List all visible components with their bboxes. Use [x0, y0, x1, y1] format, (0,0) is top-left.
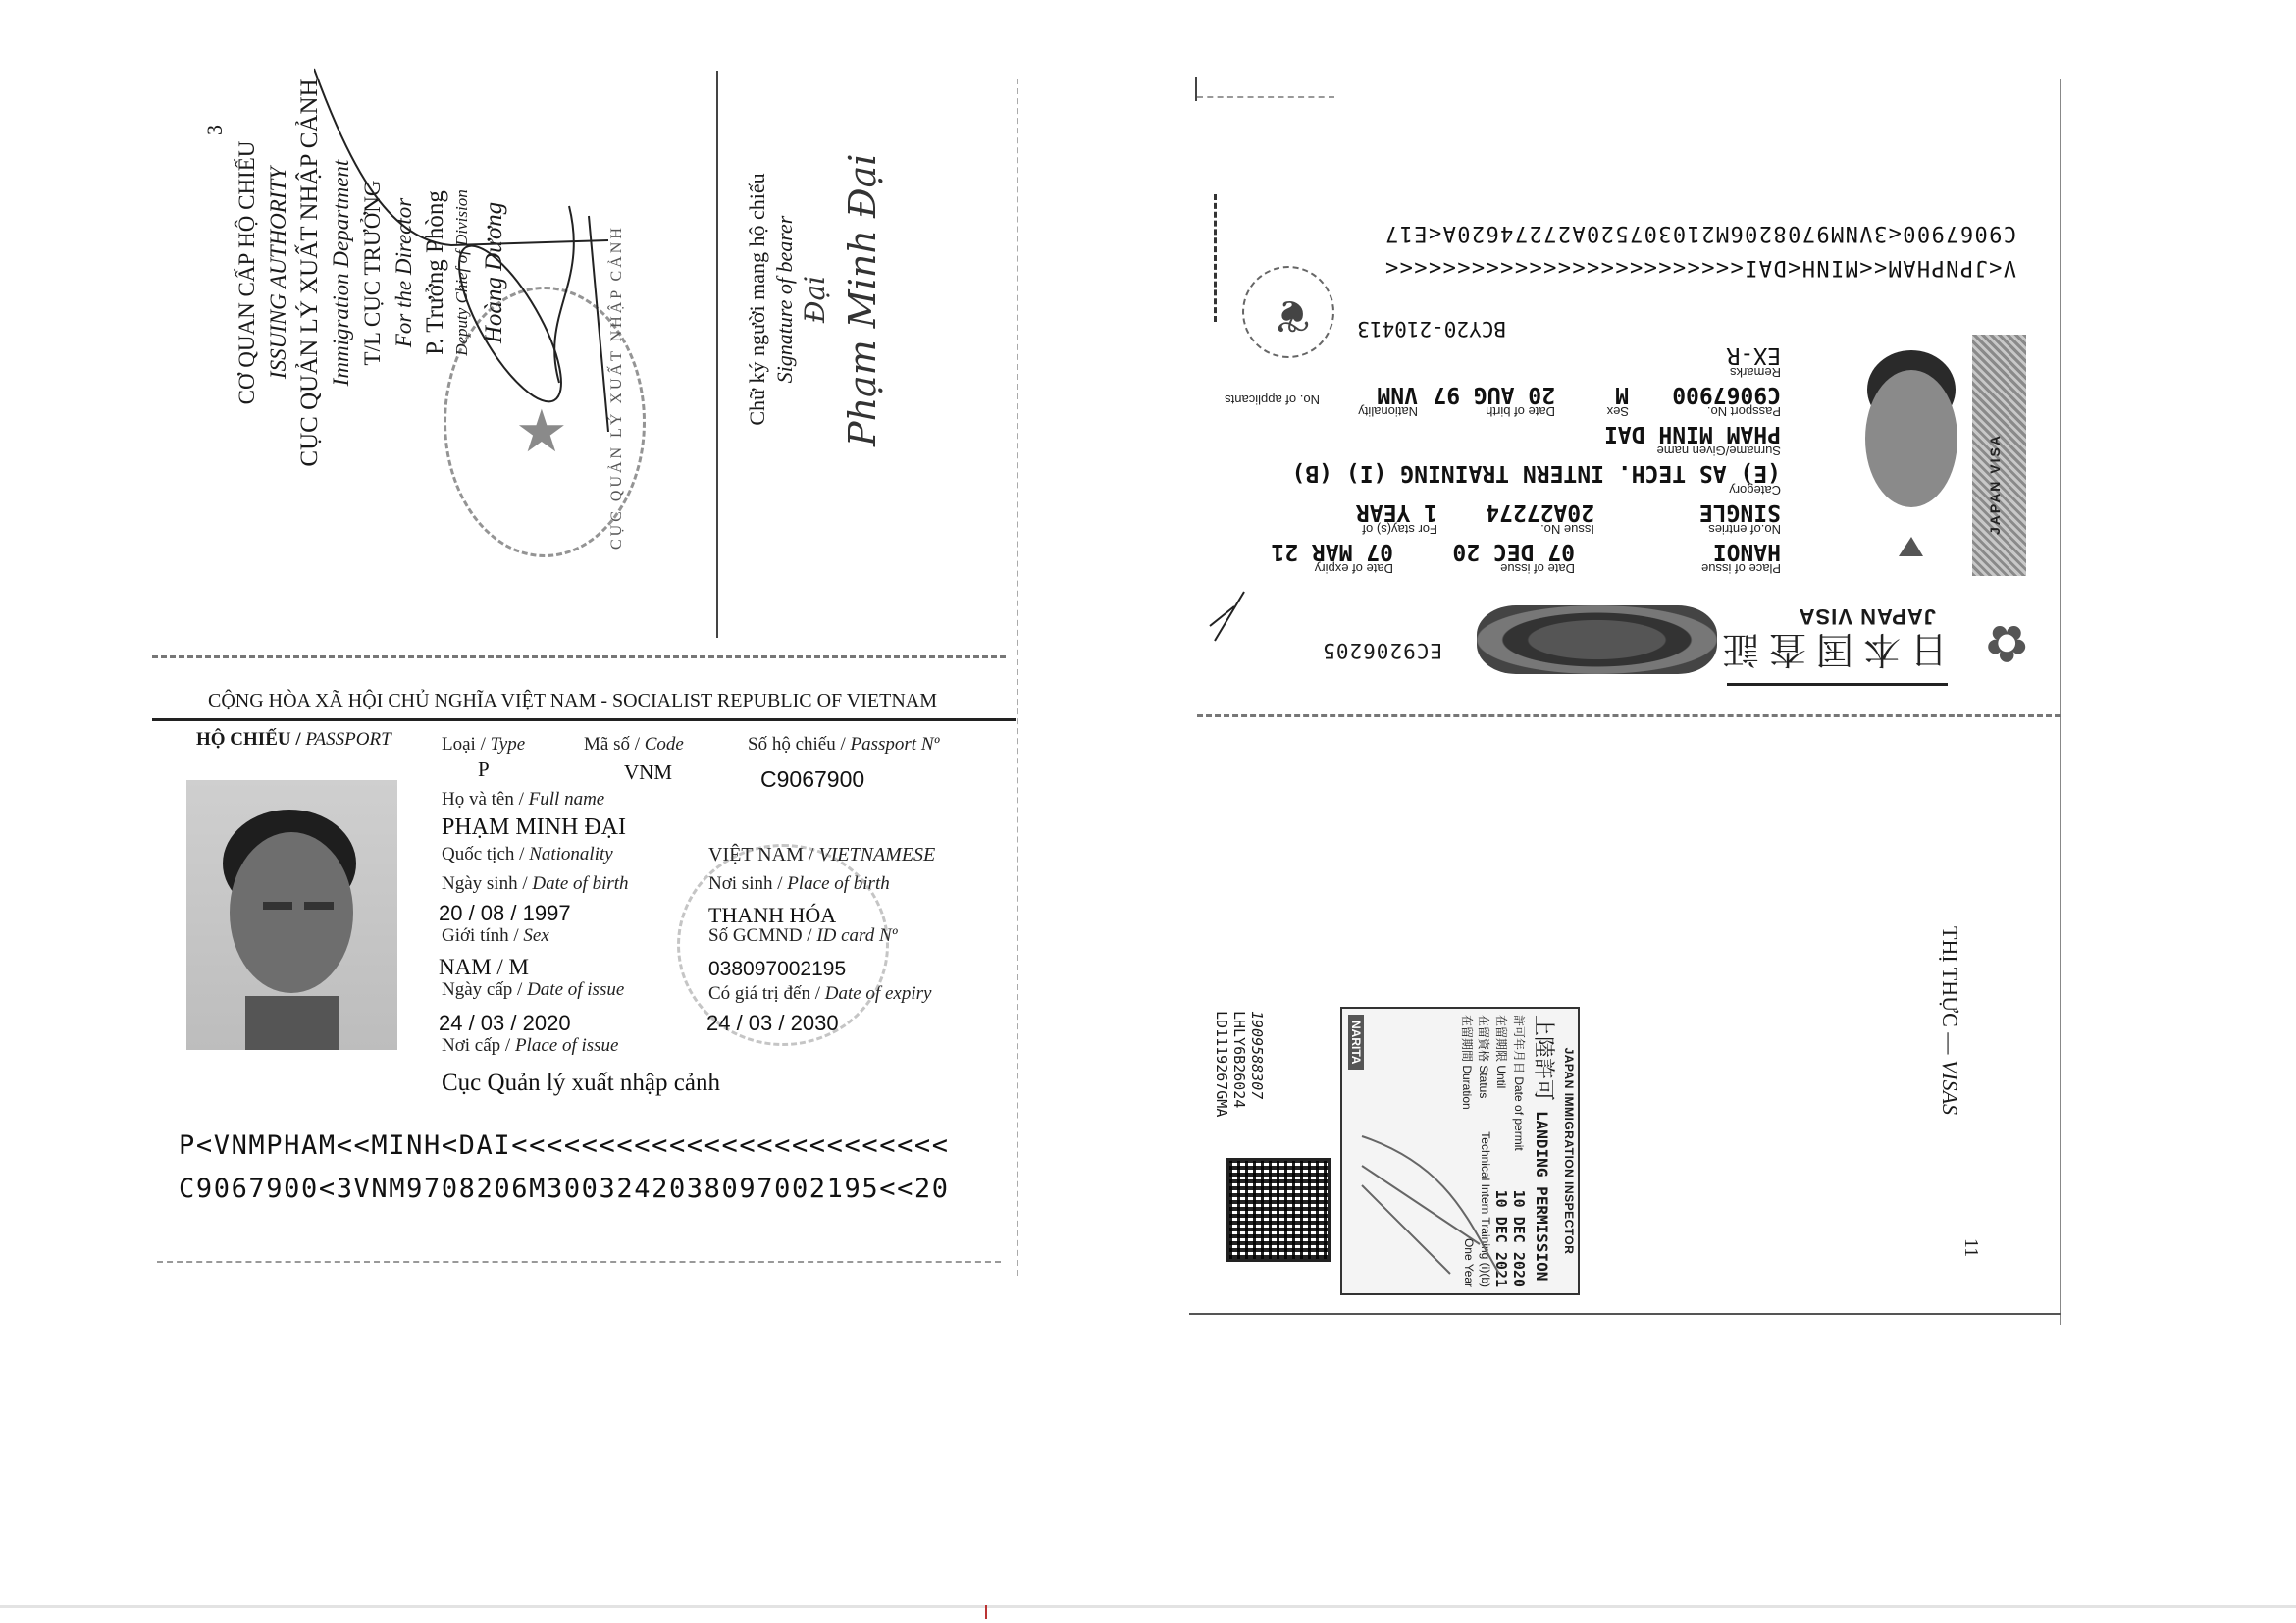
data-page-stamp — [677, 844, 889, 1046]
bearer-signature-full: Phạm Minh Đại — [841, 152, 884, 446]
right-page-bottom-edge — [1189, 1313, 2061, 1315]
visa-issue-no: 20A27274 — [1486, 499, 1594, 525]
visa-hologram-seal — [1477, 605, 1717, 674]
left-page-edge — [1017, 79, 1018, 1276]
place-of-issue-label: Nơi cấp / Place of issue — [442, 1035, 618, 1057]
landing-seal-number: 1909588307 — [1248, 1011, 1266, 1099]
landing-status-label: 在留資格 Status — [1476, 1015, 1492, 1098]
handwritten-tick — [1205, 587, 1264, 646]
visa-title-en: JAPAN VISA — [1799, 603, 1936, 629]
nationality-label: Quốc tịch / Nationality — [442, 844, 613, 865]
visa-portrait-icon — [1825, 335, 1972, 576]
portrait-icon — [186, 780, 397, 1050]
landing-duration-label: 在留期間 Duration — [1459, 1015, 1476, 1110]
bearer-signature-short: Đại — [799, 152, 831, 446]
date-of-birth-value: 20 / 08 / 1997 — [439, 901, 571, 926]
landing-title-en: LANDING PERMISSION — [1533, 1111, 1551, 1281]
visa-place-of-issue: HANOI — [1713, 539, 1781, 564]
visa-remarks: EX-R — [1727, 342, 1781, 368]
sex-value: NAM / M — [439, 955, 529, 980]
date-of-issue-value: 24 / 03 / 2020 — [439, 1011, 571, 1036]
scan-mark — [985, 1605, 987, 1619]
page-number-left: 3 — [202, 125, 228, 135]
paulownia-crest-icon: ❦ — [1273, 289, 1311, 342]
right-page-top-edge — [1197, 96, 1334, 98]
landing-code-1: LHLY6B26024 — [1230, 1011, 1248, 1108]
header-rule — [152, 718, 1016, 721]
bearer-signature-block: Chữ ký người mang hộ chiếu Signature of … — [744, 152, 884, 446]
code-value: VNM — [624, 760, 672, 785]
left-page-bottom-edge — [157, 1261, 1001, 1263]
landing-header: JAPAN IMMIGRATION INSPECTOR — [1562, 1009, 1576, 1293]
document-title-vi: HỘ CHIẾU / — [196, 729, 305, 750]
visa-date-of-issue: 07 DEC 20 — [1452, 539, 1575, 564]
document-title: HỘ CHIẾU / PASSPORT — [196, 729, 391, 751]
japan-visa-sticker: ✿ 日本国査証 JAPAN VISA EC9206205 JAPAN VISA … — [1212, 201, 2056, 692]
visa-category: (E) AS TECH. INTERN TRAINING (I) (B) — [1292, 460, 1782, 486]
landing-qr-code — [1226, 1158, 1331, 1262]
visa-photo-frame — [1825, 335, 1972, 576]
passport-no-label: Số hộ chiếu / Passport Nº — [748, 734, 939, 756]
code-label: Mã số / Code — [584, 734, 684, 756]
visa-mrz-line-1: V<JPNPHAM<<MINH<DAI<<<<<<<<<<<<<<<<<<<<<… — [1384, 255, 2016, 280]
visa-serial: EC9206205 — [1322, 639, 1442, 662]
sex-label: Giới tính / Sex — [442, 925, 549, 947]
landing-until-label: 在留期限 Until — [1492, 1015, 1510, 1088]
visa-page-fold-line — [1197, 714, 2061, 717]
visas-page-title: THỊ THỰC — VISAS — [1937, 926, 1962, 1115]
visa-nationality: VNM — [1377, 382, 1418, 407]
landing-port: NARITA — [1348, 1015, 1364, 1070]
cherry-blossom-icon: ✿ — [1985, 613, 2028, 672]
visa-passport-no: C9067900 — [1672, 382, 1781, 407]
bearer-signature-label-vi: Chữ ký người mang hộ chiếu — [744, 152, 771, 446]
type-value: P — [478, 758, 490, 782]
visa-reference: BCY20-210413 — [1357, 317, 1506, 340]
visa-title-rule — [1727, 683, 1948, 686]
page-number-right: 11 — [1959, 1238, 1982, 1257]
page-fold-line — [152, 655, 1006, 658]
full-name-value: PHẠM MINH ĐẠI — [442, 814, 626, 841]
document-title-en: PASSPORT — [305, 729, 391, 750]
scan-bottom-edge — [0, 1605, 2296, 1608]
landing-permission-sticker: JAPAN IMMIGRATION INSPECTOR 上陸許可 LANDING… — [1340, 1007, 1580, 1295]
date-of-birth-label: Ngày sinh / Date of birth — [442, 873, 629, 895]
bearer-photo — [186, 780, 397, 1050]
right-page-edge — [2060, 79, 2061, 1325]
visa-title-jp: 日本国査証 — [1712, 626, 1948, 680]
landing-stamp-swirl — [1352, 1126, 1509, 1283]
official-signature — [314, 59, 638, 432]
type-label: Loại / Type — [442, 734, 525, 756]
visa-date-of-birth: 20 AUG 97 — [1433, 382, 1555, 407]
visa-entries: SINGLE — [1699, 499, 1781, 525]
authority-heading-vi: CƠ QUAN CẤP HỘ CHIẾU — [232, 67, 263, 479]
full-name-label: Họ và tên / Full name — [442, 789, 604, 811]
place-of-issue-value: Cục Quản lý xuất nhập cảnh — [442, 1070, 720, 1097]
landing-permit-date: 10 DEC 2020 — [1510, 1190, 1528, 1287]
landing-permit-date-label: 許可年月日 Date of permit — [1510, 1015, 1528, 1151]
visa-date-of-expiry: 07 MAR 21 — [1271, 539, 1393, 564]
visa-stay-duration: 1 YEAR — [1356, 499, 1437, 525]
landing-title-jp: 上陸許可 — [1530, 1015, 1560, 1101]
signature-divider — [716, 71, 718, 638]
visa-name: PHAM MINH DAI — [1604, 421, 1781, 446]
bearer-signature-label-en: Signature of bearer — [771, 152, 799, 446]
passport-no-value: C9067900 — [760, 766, 864, 793]
passport-mrz-line-2: C9067900<3VNM9708206M3003242038097002195… — [179, 1174, 950, 1204]
visa-mrz-line-2: C9067900<3VNM9708206M210307520A27274620A… — [1384, 221, 2016, 245]
country-header: CỘNG HÒA XÃ HỘI CHỦ NGHĨA VIỆT NAM - SOC… — [208, 690, 937, 712]
visa-photo-band-text: JAPAN VISA — [1987, 434, 2003, 535]
landing-code-2: LD1119267GMA — [1213, 1011, 1230, 1117]
authority-heading-en: ISSUING AUTHORITY — [263, 67, 294, 479]
visa-sex: M — [1615, 382, 1629, 407]
passport-mrz-line-1: P<VNMPHAM<<MINH<DAI<<<<<<<<<<<<<<<<<<<<<… — [179, 1130, 950, 1161]
embassy-seal: ❦ — [1242, 266, 1334, 358]
date-of-issue-label: Ngày cấp / Date of issue — [442, 979, 624, 1001]
